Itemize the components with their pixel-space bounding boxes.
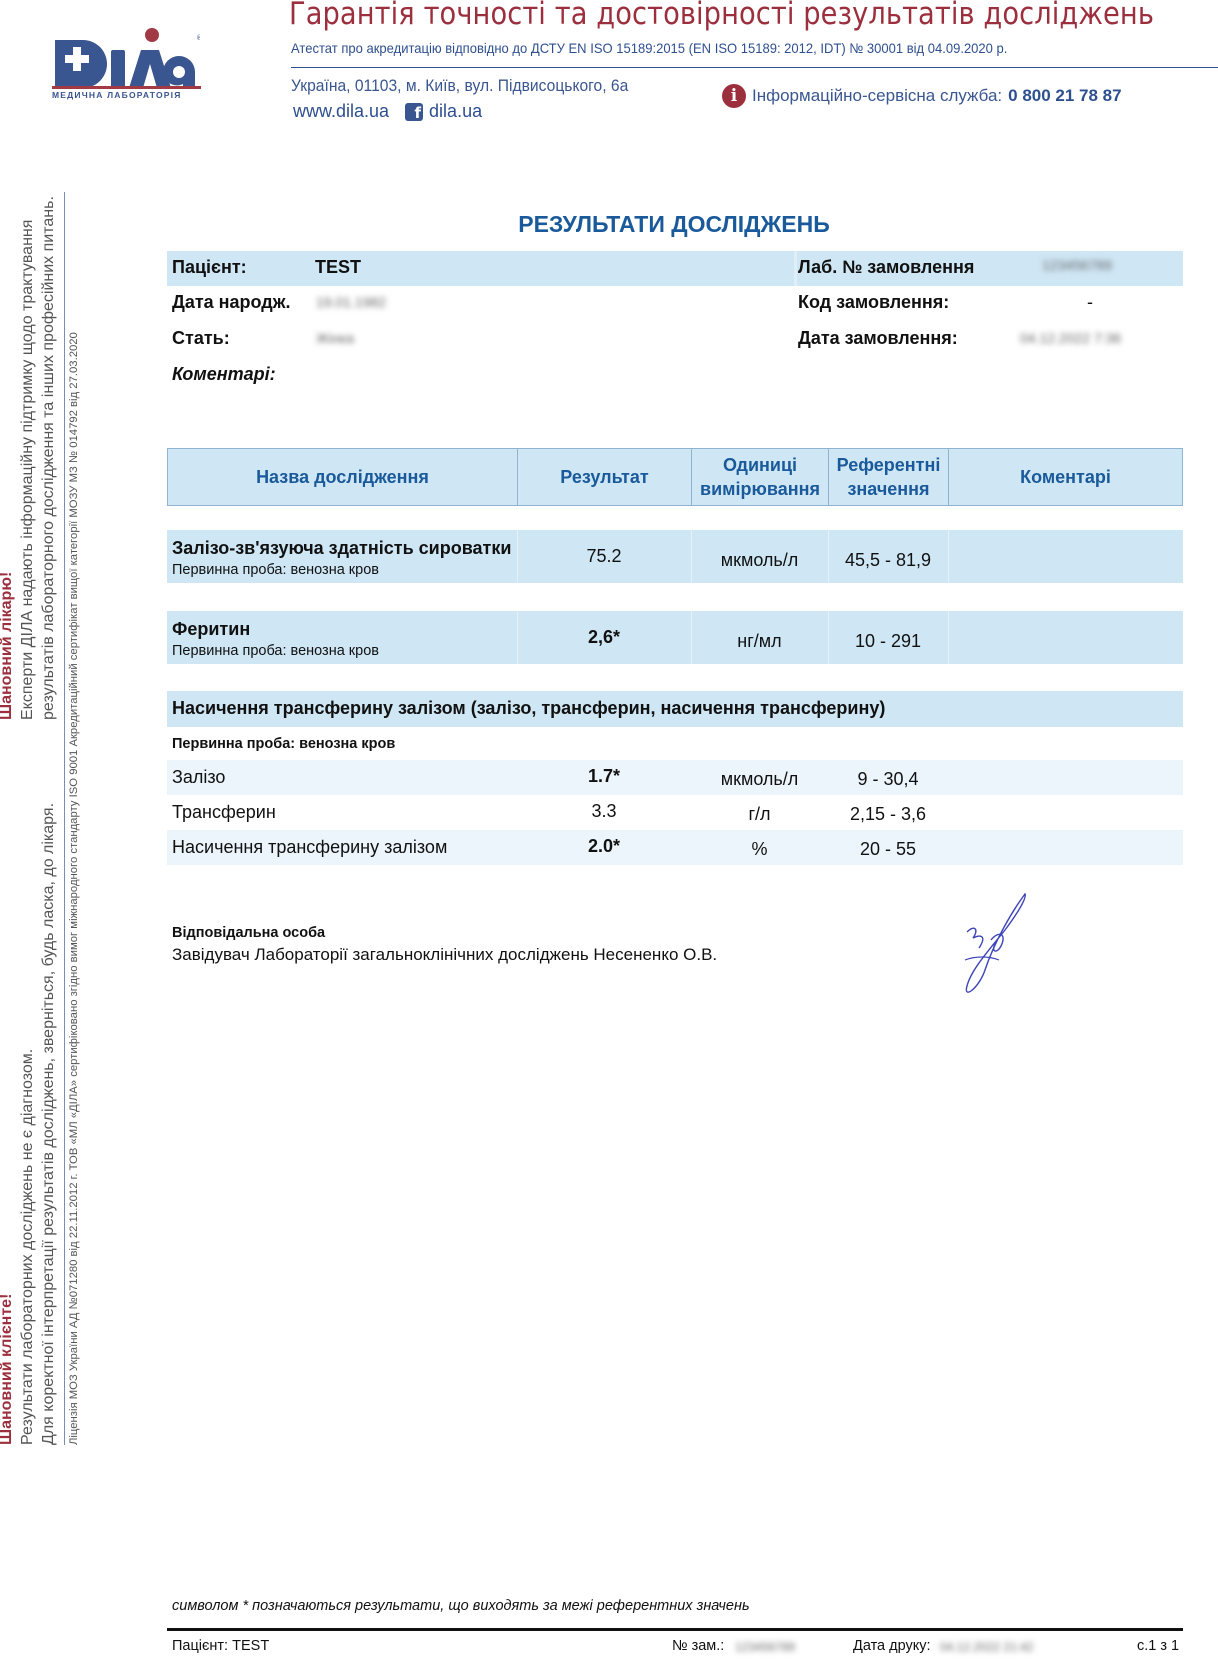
test-reference: 2,15 - 3,6 [828,804,948,825]
header-units-text: Одиниці вимірювання [700,453,820,501]
document-title: РЕЗУЛЬТАТИ ДОСЛІДЖЕНЬ [0,211,1218,238]
info-icon: i [722,84,746,108]
footer-print-date-value: 04.12.2022 21:42 [940,1640,1033,1654]
license-text: Ліцензія МОЗ України АД №071280 від 22.1… [68,332,80,1445]
comments-label: Коментарі: [172,364,276,385]
test-reference: 20 - 55 [828,839,948,860]
test-unit: мкмоль/л [691,769,828,790]
facebook-link[interactable]: dila.ua [429,101,482,122]
doctor-heading: Шановний лікарю! [0,572,16,720]
test-name: Насичення трансферину залізом [172,837,447,858]
doctor-line-1: Експерти ДІЛА надають інформаційну підтр… [19,220,37,720]
footer-page: с.1 з 1 [1137,1638,1179,1654]
test-sample: Первинна проба: венозна кров [172,562,379,578]
order-date-value: 04.12.2022 7:36 [1020,330,1121,346]
results-table-header: Назва дослідження Результат Одиниці вимі… [167,448,1183,506]
band-separator [794,251,797,286]
test-result: 75.2 [517,546,691,567]
cell-divider [948,611,949,664]
header-result: Результат [518,449,692,505]
client-line-2: Для коректної інтерпретації результатів … [40,803,58,1445]
header-title: Гарантія точності та достовірності резул… [289,0,1154,32]
client-line-1: Результати лабораторних досліджень не є … [19,1049,37,1445]
patient-value: TEST [315,257,361,278]
header-units: Одиниці вимірювання [692,449,829,505]
patient-label: Пацієнт: [172,257,247,278]
footer-divider [167,1628,1183,1631]
footer-order-label: № зам.: [672,1638,724,1654]
responsible-name: Завідувач Лабораторії загальноклінічних … [172,945,717,965]
order-date-label: Дата замовлення: [798,328,958,349]
test-reference: 10 - 291 [828,631,948,652]
test-unit: мкмоль/л [691,550,828,571]
responsible-label: Відповідальна особа [172,925,325,941]
dob-value: 19.01.1982 [316,294,386,310]
sex-label: Стать: [172,328,230,349]
svg-text:®: ® [196,34,200,42]
footer-patient: Пацієнт: TEST [172,1638,269,1654]
footer-print-date-label: Дата друку: [853,1638,931,1654]
order-code-label: Код замовлення: [798,292,949,313]
doctor-line-2: результатів лабораторного дослідження та… [40,196,58,720]
footer-order-value: 123456789 [735,1640,795,1654]
dila-logo-mark-icon: ® [53,28,200,88]
dila-logo: ® МЕДИЧНА ЛАБОРАТОРІЯ [50,20,210,104]
test-unit: г/л [691,804,828,825]
test-name: Феритин [172,619,250,640]
sex-value: Жінка [316,330,354,346]
test-name: Залізо [172,767,225,788]
table-row: Насичення трансферину залізом 2.0* % 20 … [167,830,1183,865]
test-unit: % [691,839,828,860]
test-unit: нг/мл [691,631,828,652]
info-service-label: Інформаційно-сервісна служба: [752,86,1002,106]
test-group-name: Насичення трансферину залізом (залізо, т… [172,698,885,719]
sidebar-divider [64,192,65,1445]
test-name: Залізо-зв'язуюча здатність сироватки [172,538,511,559]
test-group-sample: Первинна проба: венозна кров [172,736,395,752]
header-comments: Коментарі [949,449,1182,505]
test-reference: 45,5 - 81,9 [828,550,948,571]
test-result: 3.3 [517,801,691,822]
logo-underline [52,86,201,89]
signature-icon [955,890,1035,1000]
header-divider [291,67,1218,68]
cell-divider [948,530,949,583]
test-reference: 9 - 30,4 [828,769,948,790]
lab-order-label: Лаб. № замовлення [798,257,974,278]
table-row: Феритин Первинна проба: венозна кров 2,6… [167,611,1183,664]
dob-label: Дата народж. [172,292,291,313]
test-result-flagged: 1.7* [517,766,691,787]
test-group-header: Насичення трансферину залізом (залізо, т… [167,691,1183,727]
lab-order-value: 123456789 [1042,257,1112,273]
info-service-phone[interactable]: 0 800 21 78 87 [1008,86,1121,106]
test-result-flagged: 2,6* [517,627,691,648]
logo-subtitle: МЕДИЧНА ЛАБОРАТОРІЯ [52,90,182,100]
test-name: Трансферин [172,802,276,823]
web-links: www.dila.ua f dila.ua [293,101,482,122]
test-result-flagged: 2.0* [517,836,691,857]
header-reference: Референтні значення [829,449,949,505]
table-row: Залізо 1.7* мкмоль/л 9 - 30,4 [167,760,1183,795]
table-row: Трансферин 3.3 г/л 2,15 - 3,6 [167,795,1183,830]
client-heading: Шановний клієнте! [0,1294,16,1445]
test-sample: Первинна проба: венозна кров [172,643,379,659]
accreditation-text: Атестат про акредитацію відповідно до ДС… [291,40,1007,56]
facebook-icon: f [405,103,423,121]
lab-address: Україна, 01103, м. Київ, вул. Підвисоцьк… [291,76,628,96]
info-service: i Інформаційно-сервісна служба: 0 800 21… [722,84,1122,108]
header-reference-text: Референтні значення [834,453,944,501]
table-row: Залізо-зв'язуюча здатність сироватки Пер… [167,530,1183,583]
order-code-value: - [1087,292,1093,313]
out-of-range-note: символом * позначаються результати, що в… [172,1598,750,1614]
header-test-name: Назва дослідження [168,449,518,505]
website-link[interactable]: www.dila.ua [293,101,389,122]
